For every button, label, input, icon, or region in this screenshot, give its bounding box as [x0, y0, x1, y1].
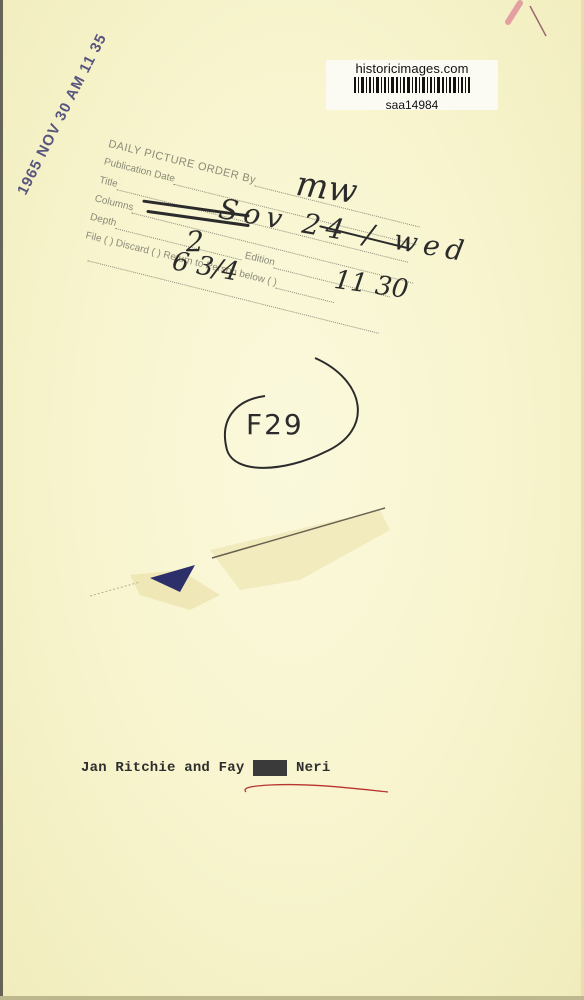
handwritten-ordered-by: mw	[294, 164, 360, 212]
bottom-edge	[0, 996, 584, 1000]
photo-caption: Jan Ritchie and Fay XXXX Neri	[81, 760, 330, 776]
date-stamp: 1965 NOV 30 AM 11 35	[14, 31, 110, 198]
caption-struck-text: XXXX	[253, 760, 287, 776]
watermark-code: saa14984	[326, 98, 498, 112]
watermark-site: historicimages.com	[326, 61, 498, 76]
caption-text-after: Neri	[287, 760, 330, 776]
left-edge-shadow	[0, 0, 3, 1000]
circled-note: F29	[246, 408, 304, 441]
red-underline	[240, 780, 390, 796]
photo-back-document: historicimages.com saa14984 1965 NOV 30 …	[0, 0, 584, 1000]
barcode-icon	[354, 77, 470, 93]
paper-crease	[80, 500, 400, 620]
caption-text-before: Jan Ritchie and Fay	[81, 760, 253, 776]
watermark-label: historicimages.com saa14984	[326, 60, 498, 110]
red-marks	[490, 0, 560, 50]
